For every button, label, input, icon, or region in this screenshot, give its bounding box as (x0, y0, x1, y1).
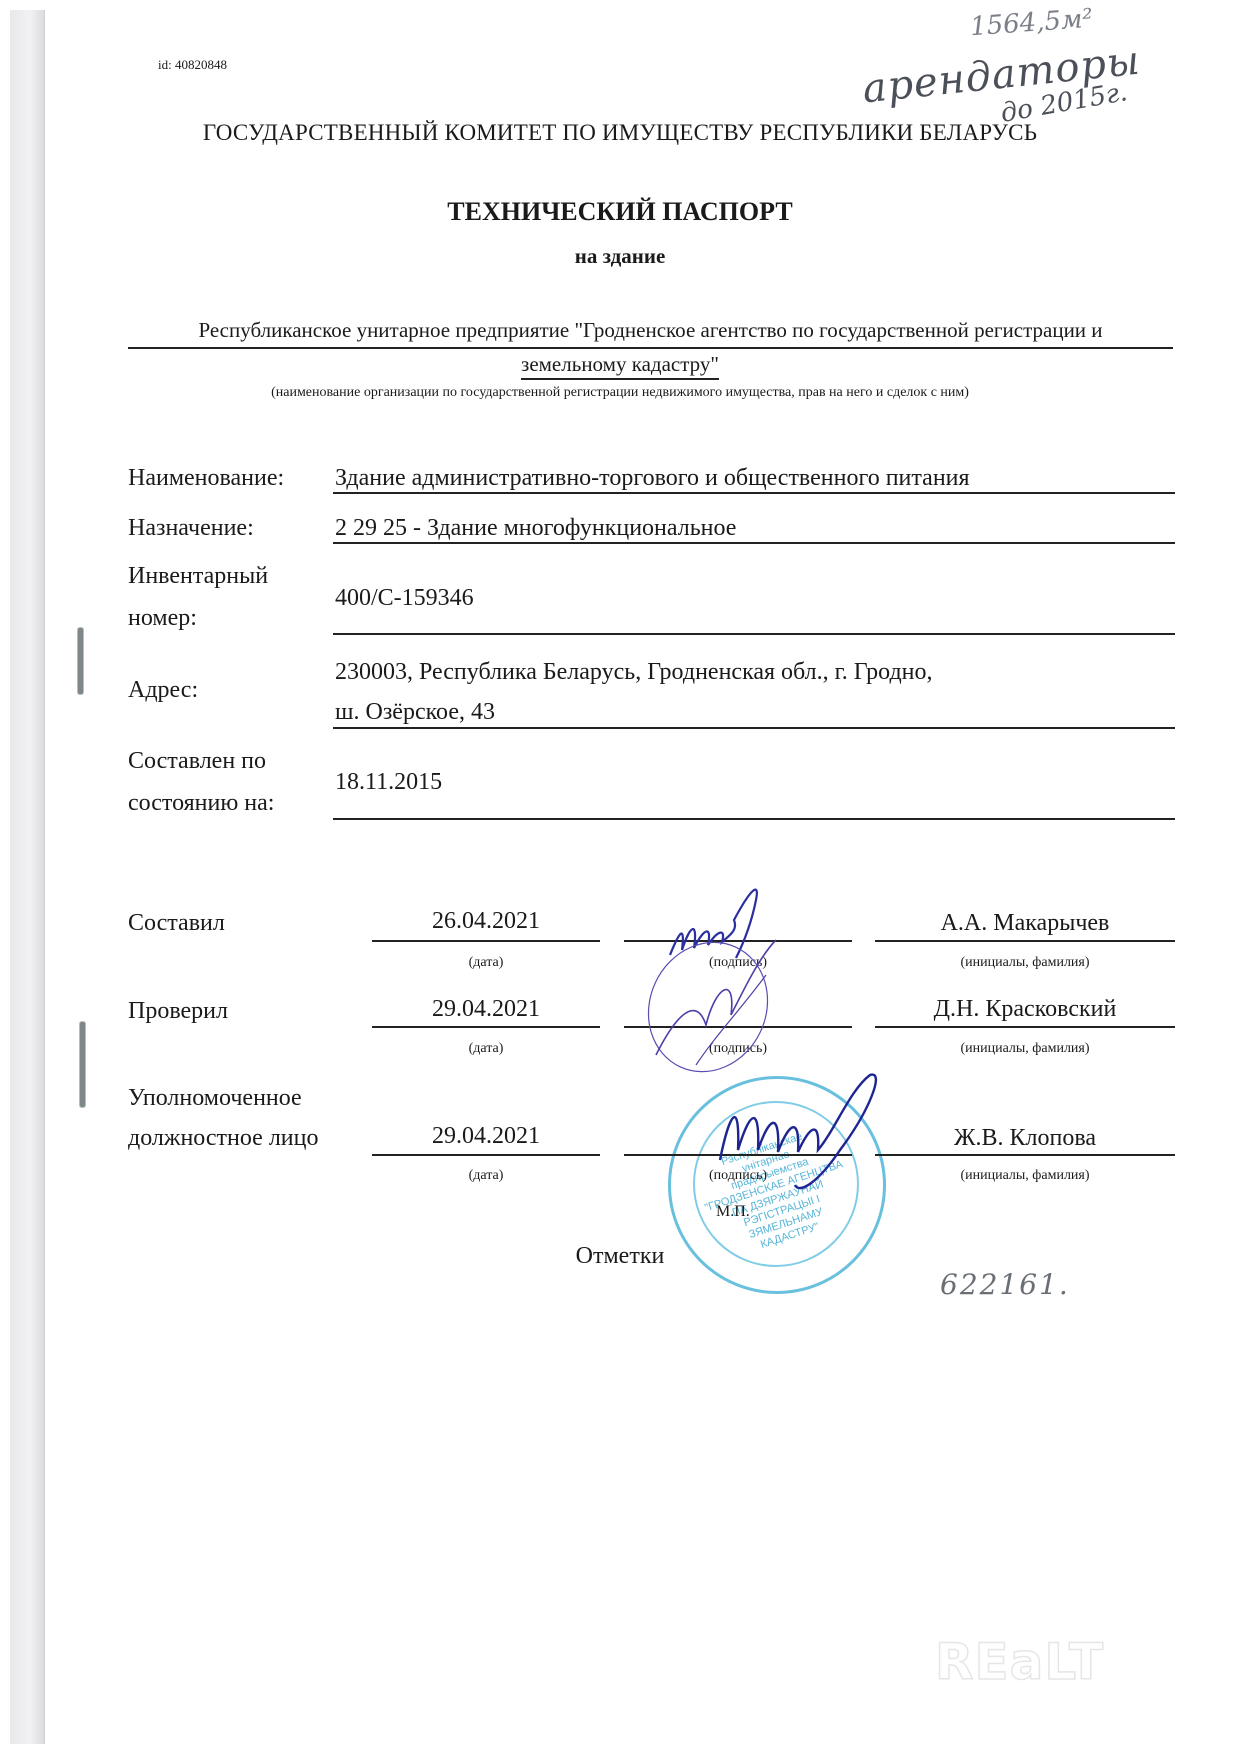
sig-date-line (372, 1154, 600, 1156)
field-asof-label-2: состоянию на: (128, 787, 274, 819)
realt-watermark: REaLT (935, 1633, 1104, 1691)
organization-caption: (наименование организации по государстве… (0, 385, 1240, 401)
sig-name-line (875, 940, 1175, 942)
sig-name-compiled: А.А. Макарычев (875, 910, 1175, 937)
field-purpose-value: 2 29 25 - Здание многофункциональное (335, 512, 736, 544)
sig-date-authorized: 29.04.2021 (372, 1123, 600, 1150)
field-asof-value: 18.11.2015 (335, 766, 442, 798)
field-asof-label-1: Составлен по (128, 745, 266, 777)
document-id: id: 40820848 (158, 57, 227, 73)
field-address-value-1: 230003, Республика Беларусь, Гродненская… (335, 656, 933, 688)
field-inventory-line (333, 633, 1175, 635)
caption-date: (дата) (372, 1041, 600, 1057)
handwritten-area-note: 1564,5м² (969, 4, 1094, 43)
sig-name-authorized: Ж.В. Клопова (875, 1125, 1175, 1152)
field-address-value-2: ш. Озёрское, 43 (335, 696, 495, 728)
organization-name-line2-text: земельному кадастру" (521, 352, 719, 380)
caption-name: (инициалы, фамилия) (875, 955, 1175, 971)
field-asof-line (333, 818, 1175, 820)
sig-date-line (372, 940, 600, 942)
sig-role-authorized-1: Уполномоченное (128, 1080, 302, 1117)
binding-strip (10, 10, 45, 1744)
staple-bottom (80, 1022, 85, 1107)
sig-date-compiled: 26.04.2021 (372, 908, 600, 935)
organization-name-line1: Республиканское унитарное предприятие "Г… (128, 318, 1173, 349)
caption-name: (инициалы, фамилия) (875, 1168, 1175, 1184)
document-title: ТЕХНИЧЕСКИЙ ПАСПОРТ (0, 197, 1240, 227)
field-inventory-label-1: Инвентарный (128, 560, 268, 592)
sig-name-line (875, 1026, 1175, 1028)
field-purpose-line (333, 542, 1175, 544)
organization-name-line2: земельному кадастру" (0, 352, 1240, 377)
sig-name-checked: Д.Н. Красковский (875, 996, 1175, 1023)
field-name-value: Здание административно-торгового и общес… (335, 462, 970, 494)
sig-role-authorized-2: должностное лицо (128, 1120, 319, 1157)
sig-role-compiled: Составил (128, 905, 225, 942)
document-subtitle: на здание (0, 244, 1240, 269)
remarks-heading: Отметки (0, 1243, 1240, 1270)
sig-date-line (372, 1026, 600, 1028)
caption-date: (дата) (372, 1168, 600, 1184)
field-purpose-label: Назначение: (128, 512, 254, 544)
caption-date: (дата) (372, 955, 600, 971)
sig-name-line (875, 1154, 1175, 1156)
ministry-heading: ГОСУДАРСТВЕННЫЙ КОМИТЕТ ПО ИМУЩЕСТВУ РЕС… (0, 120, 1240, 146)
field-name-line (333, 492, 1175, 494)
field-inventory-value: 400/С-159346 (335, 582, 474, 614)
sig-date-checked: 29.04.2021 (372, 996, 600, 1023)
field-inventory-label-2: номер: (128, 602, 197, 634)
sig-role-checked: Проверил (128, 993, 228, 1030)
seal-place-label: М.П. (716, 1203, 750, 1221)
field-name-label: Наименование: (128, 462, 284, 494)
handwritten-number: 622161. (940, 1268, 1070, 1301)
field-address-line (333, 727, 1175, 729)
field-address-label: Адрес: (128, 674, 198, 706)
caption-name: (инициалы, фамилия) (875, 1041, 1175, 1057)
staple-top (78, 628, 83, 694)
